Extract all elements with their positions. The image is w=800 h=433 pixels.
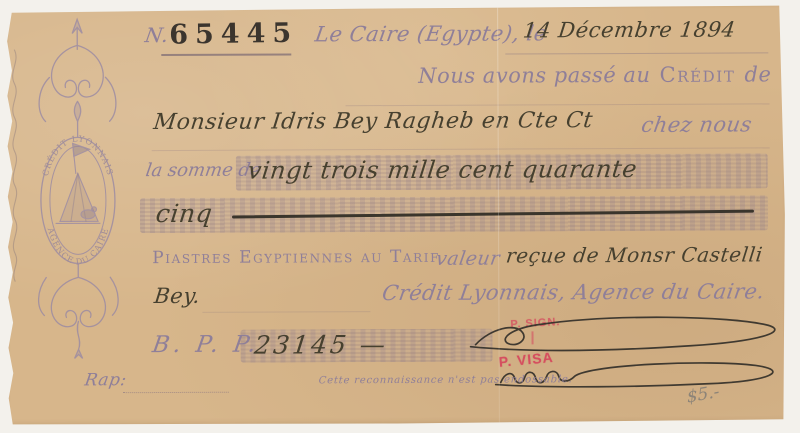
received-from-handwritten: reçue de Monsr Castelli	[505, 242, 764, 267]
serial-prefix: N.	[143, 23, 170, 47]
place-printed: Le Caire (Egypte), le	[313, 21, 549, 46]
margin-scribble	[5, 48, 22, 283]
ornament-left: CRÉDIT LYONNAIS AGENCE DU CAIRE	[29, 15, 127, 365]
check-document: CRÉDIT LYONNAIS AGENCE DU CAIRE N. 65445…	[3, 4, 789, 427]
rap-rule	[123, 392, 229, 393]
amount-words-line2: cinq	[154, 199, 214, 228]
emblem-arc-bottom-text: AGENCE DU CAIRE	[45, 225, 110, 267]
valeur-label: valeur	[434, 248, 501, 270]
credit-word: Crédit	[659, 63, 735, 87]
rap-label: Rap:	[83, 370, 128, 390]
beneficiary-handwritten: Monsieur Idris Bey Ragheb en Cte Ct	[152, 108, 594, 135]
beneficiary-rule	[152, 147, 770, 151]
credit-line-pre: Nous avons passé au	[418, 63, 650, 88]
amount-fill-dash	[232, 210, 754, 218]
serial-underline	[161, 53, 291, 56]
date-handwritten: 14 Décembre 1894	[522, 18, 737, 43]
currency-printed: Piastres Egyptiennes au Tarif	[152, 247, 440, 268]
signature-1	[470, 317, 774, 351]
credit-rule	[346, 103, 770, 106]
security-band-amount-1: vingt trois mille cent quarante	[236, 153, 768, 190]
ornament-bottom-spike	[74, 321, 82, 358]
chez-nous-printed: chez nous	[640, 112, 754, 136]
credit-line-post: de	[744, 62, 771, 86]
received-from-handwritten-2: Bey.	[153, 284, 202, 308]
amount-words-line1: vingt trois mille cent quarante	[246, 155, 639, 185]
photo-background: CRÉDIT LYONNAIS AGENCE DU CAIRE N. 65445…	[0, 0, 800, 433]
security-band-amount-2: cinq	[140, 195, 768, 233]
fine-print: Cette reconnaissance n'est pas endossabl…	[318, 374, 573, 386]
serial-number-stamp: 65445	[169, 18, 298, 51]
date-rule	[505, 52, 768, 54]
credit-line: Nous avons passé au Crédit de	[343, 62, 771, 88]
